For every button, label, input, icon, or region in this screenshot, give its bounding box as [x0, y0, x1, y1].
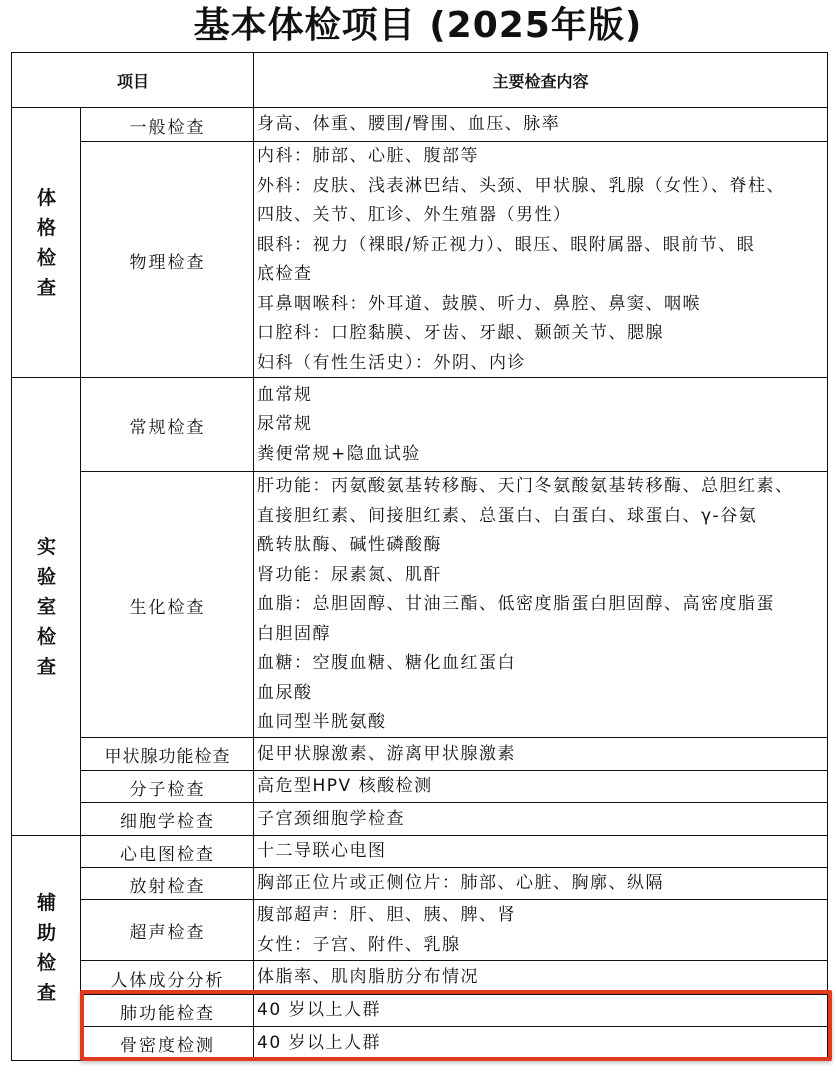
content-line: 胸部正位片或正侧位片：肺部、心脏、胸廓、纵隔 [257, 869, 664, 899]
content-line: 尿常规 [257, 410, 313, 440]
row-content: 内科：肺部、心脏、腹部等 外科：皮肤、浅表淋巴结、头颈、甲状腺、乳腺（女性）、脊… [253, 141, 828, 379]
category-lab: 实 验 室 检 查 [11, 377, 82, 837]
row-item: 骨密度检测 [80, 1026, 255, 1061]
row-content: 胸部正位片或正侧位片：肺部、心脏、胸廓、纵隔 [253, 867, 828, 901]
row-item: 一般检查 [80, 107, 255, 143]
row-item: 甲状腺功能检查 [80, 737, 255, 772]
row-content: 身高、体重、腰围/臀围、血压、脉率 [253, 107, 828, 143]
content-line: 体脂率、肌肉脂肪分布情况 [257, 963, 479, 993]
row-item: 肺功能检查 [80, 994, 255, 1028]
content-line: 身高、体重、腰围/臀围、血压、脉率 [257, 110, 560, 140]
content-line: 血糖：空腹血糖、糖化血红蛋白 [257, 649, 516, 679]
category-char: 室 [37, 592, 56, 622]
row-content: 促甲状腺激素、游离甲状腺激素 [253, 737, 828, 772]
content-line: 40 岁以上人群 [257, 996, 381, 1026]
content-line: 女性：子宫、附件、乳腺 [257, 931, 461, 961]
category-char: 体 [37, 183, 56, 213]
content-line: 耳鼻咽喉科：外耳道、鼓膜、听力、鼻腔、鼻窦、咽喉 [257, 290, 701, 320]
content-line: 酰转肽酶、碱性磷酸酶 [257, 531, 442, 561]
row-content: 高危型HPV 核酸检测 [253, 770, 828, 804]
row-content: 体脂率、肌肉脂肪分布情况 [253, 960, 828, 996]
content-line: 粪便常规+隐血试验 [257, 440, 421, 470]
content-line: 白胆固醇 [257, 620, 331, 650]
row-content: 十二导联心电图 [253, 835, 828, 869]
category-char: 实 [37, 532, 56, 562]
category-char: 助 [37, 918, 56, 948]
row-item: 超声检查 [80, 899, 255, 962]
category-auxiliary: 辅 助 检 查 [11, 835, 82, 1061]
category-char: 辅 [37, 888, 56, 918]
content-line: 直接胆红素、间接胆红素、总蛋白、白蛋白、球蛋白、γ-谷氨 [257, 502, 757, 532]
page-title: 基本体检项目 (2025年版) [0, 4, 836, 48]
header-content: 主要检查内容 [253, 52, 828, 109]
content-line: 肾功能：尿素氮、肌酐 [257, 561, 442, 591]
row-item: 人体成分分析 [80, 960, 255, 996]
row-item: 细胞学检查 [80, 802, 255, 837]
content-line: 血常规 [257, 381, 313, 411]
content-line: 高危型HPV 核酸检测 [257, 772, 433, 802]
row-content: 子宫颈细胞学检查 [253, 802, 828, 837]
row-content: 40 岁以上人群 [253, 1026, 828, 1061]
category-char: 格 [37, 213, 56, 243]
content-line: 促甲状腺激素、游离甲状腺激素 [257, 740, 516, 770]
content-line: 外科：皮肤、浅表淋巴结、头颈、甲状腺、乳腺（女性）、脊柱、 [257, 172, 785, 202]
content-line: 妇科（有性生活史）：外阴、内诊 [257, 349, 526, 379]
category-char: 检 [37, 243, 56, 273]
category-char: 查 [37, 273, 56, 303]
row-content: 肝功能：丙氨酸氨基转移酶、天门冬氨酸氨基转移酶、总胆红素、 直接胆红素、间接胆红… [253, 471, 828, 739]
row-item: 生化检查 [80, 471, 255, 739]
content-line: 血尿酸 [257, 679, 313, 709]
category-char: 查 [37, 978, 56, 1008]
row-item: 常规检查 [80, 377, 255, 473]
content-line: 底检查 [257, 260, 313, 290]
row-content: 腹部超声：肝、胆、胰、脾、肾 女性：子宫、附件、乳腺 [253, 899, 828, 962]
category-physical: 体 格 检 查 [11, 107, 82, 379]
header-item: 项目 [11, 52, 255, 109]
content-line: 血脂：总胆固醇、甘油三酯、低密度脂蛋白胆固醇、高密度脂蛋 [257, 590, 775, 620]
content-line: 内科：肺部、心脏、腹部等 [257, 142, 479, 172]
category-char: 检 [37, 948, 56, 978]
row-item: 分子检查 [80, 770, 255, 804]
content-line: 子宫颈细胞学检查 [257, 805, 405, 835]
content-line: 口腔科：口腔黏膜、牙齿、牙龈、颞颌关节、腮腺 [257, 319, 664, 349]
category-char: 查 [37, 652, 56, 682]
content-line: 血同型半胱氨酸 [257, 708, 387, 738]
content-line: 眼科：视力（裸眼/矫正视力）、眼压、眼附属器、眼前节、眼 [257, 231, 755, 261]
content-line: 肝功能：丙氨酸氨基转移酶、天门冬氨酸氨基转移酶、总胆红素、 [257, 472, 794, 502]
category-char: 验 [37, 562, 56, 592]
category-char: 检 [37, 622, 56, 652]
content-line: 四肢、关节、肛诊、外生殖器（男性） [257, 201, 572, 231]
row-item: 物理检查 [80, 141, 255, 379]
row-item: 放射检查 [80, 867, 255, 901]
content-line: 十二导联心电图 [257, 837, 387, 867]
content-line: 腹部超声：肝、胆、胰、脾、肾 [257, 901, 516, 931]
row-content: 40 岁以上人群 [253, 994, 828, 1028]
content-line: 40 岁以上人群 [257, 1029, 381, 1059]
row-content: 血常规 尿常规 粪便常规+隐血试验 [253, 377, 828, 473]
row-item: 心电图检查 [80, 835, 255, 869]
